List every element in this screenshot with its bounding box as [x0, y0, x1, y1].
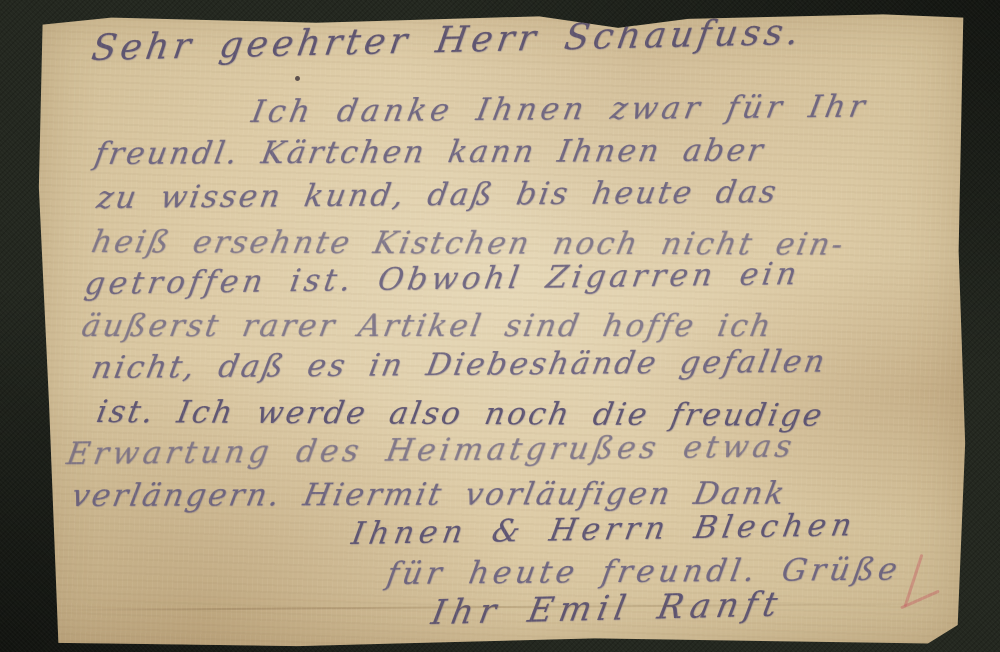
- handwriting-line: ist. Ich werde also noch die freudige: [94, 394, 827, 434]
- red-pencil-mark: [900, 590, 940, 610]
- ink-dot: [295, 76, 300, 81]
- paper-crease: [56, 603, 949, 611]
- handwriting-line: verlängern. Hiermit vorläufigen Dank: [69, 475, 790, 514]
- handwriting-line-closing: für heute freundl. Grüße: [384, 551, 904, 592]
- handwriting-line: freundl. Kärtchen kann Ihnen aber: [92, 132, 768, 172]
- postcard-paper: Sehr geehrter Herr Schaufuss. Ich danke …: [37, 8, 967, 648]
- handwriting-line: zu wissen kund, daß bis heute das: [94, 174, 781, 216]
- handwriting-line: nicht, daß es in Diebeshände gefallen: [89, 344, 830, 386]
- handwriting-line: äußerst rarer Artikel sind hoffe ich: [79, 308, 776, 344]
- red-pencil-mark: [904, 554, 924, 607]
- handwriting-line-closing: Ihnen & Herrn Blechen: [349, 507, 860, 552]
- handwriting-line: getroffen ist. Obwohl Zigarren ein: [82, 256, 803, 302]
- handwriting-line-salutation: Sehr geehrter Herr Schaufuss.: [89, 12, 806, 69]
- handwriting-line: Erwartung des Heimatgrußes etwas: [64, 428, 798, 472]
- handwriting-line: heiß ersehnte Kistchen noch nicht ein-: [88, 224, 848, 263]
- signature-line: Ihr Emil Ranft: [428, 584, 786, 633]
- handwriting-line: Ich danke Ihnen zwar für Ihr: [249, 89, 872, 130]
